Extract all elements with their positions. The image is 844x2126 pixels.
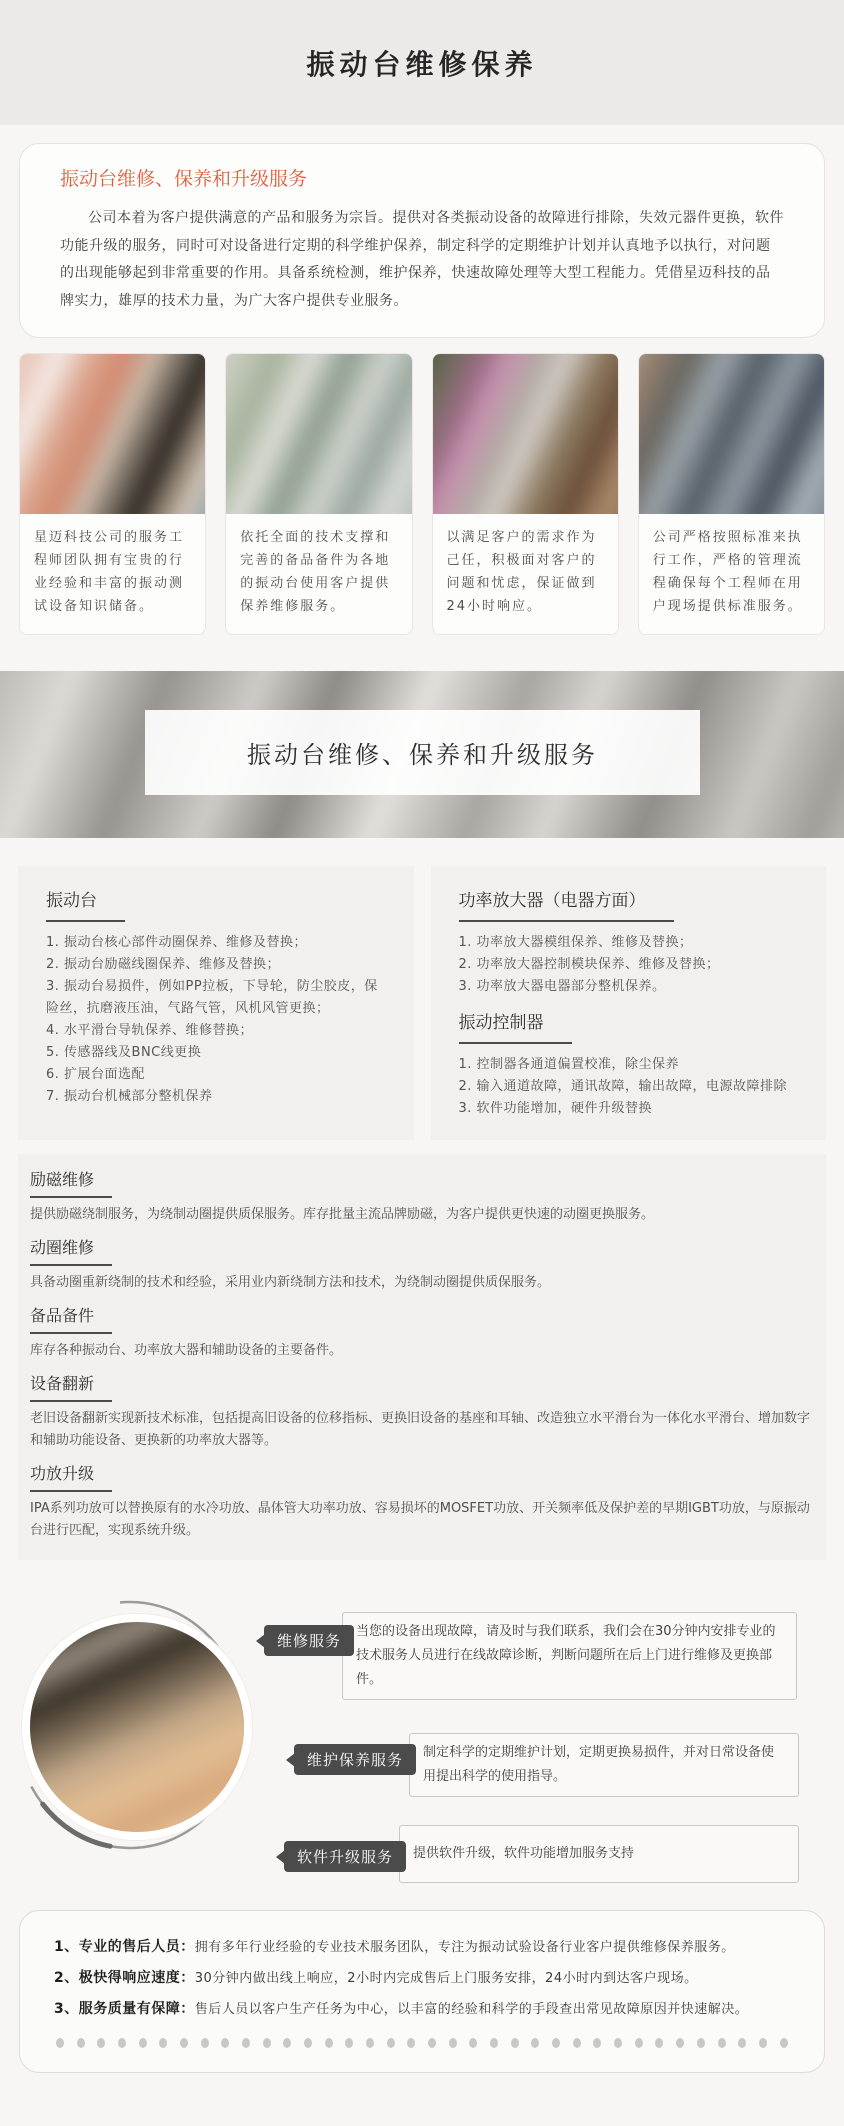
section-excitation-repair: 励磁维修 提供励磁绕制服务，为绕制动圈提供质保服务。库存批量主流品牌励磁，为客户… [30, 1170, 814, 1226]
list-item: 7. 振动台机械部分整机保养 [46, 1086, 386, 1108]
after-sales-label: 1、专业的售后人员： [54, 1939, 195, 1955]
section-banner: 振动台维修、保养和升级服务 [0, 671, 844, 838]
after-sales-card: 1、专业的售后人员：拥有多年行业经验的专业技术服务团队，专注为振动试验设备行业客… [19, 1910, 825, 2073]
amplifier-heading: 功率放大器（电器方面） [459, 890, 674, 922]
after-sales-text: 售后人员以客户生产任务为中心，以丰富的经验和科学的手段查出常见故障原因并快速解决… [195, 2002, 749, 2017]
section-body: 老旧设备翻新实现新技术标准，包括提高旧设备的位移指标、更换旧设备的基座和耳轴、改… [30, 1408, 814, 1452]
dot-decoration [573, 2038, 581, 2048]
dot-decoration [593, 2038, 601, 2048]
dot-decoration [139, 2038, 147, 2048]
page-header: 振动台维修保养 [0, 0, 844, 125]
customer-response-photo [433, 354, 618, 514]
controller-block: 振动控制器 1. 控制器各通道偏置校准，除尘保养 2. 输入通道故障，通讯故障，… [459, 1012, 799, 1120]
page-title: 振动台维修保养 [306, 43, 537, 83]
section-heading: 功放升级 [30, 1464, 112, 1492]
repair-service-tag: 维修服务 [264, 1625, 354, 1656]
shaker-list: 1. 振动台核心部件动圈保养、维修及替换； 2. 振动台励磁线圈保养、维修及替换… [46, 932, 386, 1108]
amplifier-list: 1. 功率放大器模组保养、维修及替换； 2. 功率放大器控制模块保养、维修及替换… [459, 932, 799, 998]
shaker-heading: 振动台 [46, 890, 125, 922]
dot-decoration [738, 2038, 746, 2048]
dot-decoration [469, 2038, 477, 2048]
list-item: 3. 振动台易损件，例如PP拉板，下导轮，防尘胶皮，保险丝，抗磨液压油，气路气管… [46, 976, 386, 1020]
dot-decoration [697, 2038, 705, 2048]
section-spare-parts: 备品备件 库存各种振动台、功率放大器和辅助设备的主要备件。 [30, 1306, 814, 1362]
dot-decoration [345, 2038, 353, 2048]
section-amplifier-upgrade: 功放升级 IPA系列功放可以替换原有的水冷功放、晶体管大功率功放、容易损坏的MO… [30, 1464, 814, 1542]
list-item: 2. 振动台励磁线圈保养、维修及替换； [46, 954, 386, 976]
after-sales-text: 拥有多年行业经验的专业技术服务团队，专注为振动试验设备行业客户提供维修保养服务。 [195, 1940, 735, 1955]
after-sales-label: 2、极快得响应速度： [54, 1970, 195, 1986]
dot-decoration [387, 2038, 395, 2048]
dot-decoration [759, 2038, 767, 2048]
dot-decoration [159, 2038, 167, 2048]
software-upgrade-service-description: 提供软件升级，软件功能增加服务支持 [399, 1825, 799, 1883]
list-item: 1. 振动台核心部件动圈保养、维修及替换； [46, 932, 386, 954]
feature-caption: 公司严格按照标准来执行工作，严格的管理流程确保每个工程师在用户现场提供标准服务。 [639, 514, 824, 634]
dot-decoration [531, 2038, 539, 2048]
intro-body: 公司本着为客户提供满意的产品和服务为宗旨。提供对各类振动设备的故障进行排除，失效… [60, 205, 784, 315]
dot-decoration [242, 2038, 250, 2048]
dot-decoration [325, 2038, 333, 2048]
section-heading: 备品备件 [30, 1306, 112, 1334]
section-body: 库存各种振动台、功率放大器和辅助设备的主要备件。 [30, 1340, 814, 1362]
after-sales-row: 2、极快得响应速度：30分钟内做出线上响应，2小时内完成售后上门服务安排，24小… [54, 1968, 790, 1989]
controller-heading: 振动控制器 [459, 1012, 572, 1044]
column-amplifier-controller: 功率放大器（电器方面） 1. 功率放大器模组保养、维修及替换； 2. 功率放大器… [431, 866, 827, 1140]
section-equipment-refurbish: 设备翻新 老旧设备翻新实现新技术标准，包括提高旧设备的位移指标、更换旧设备的基座… [30, 1374, 814, 1452]
dot-decoration [304, 2038, 312, 2048]
section-heading: 动圈维修 [30, 1238, 112, 1266]
intro-heading: 振动台维修、保养和升级服务 [60, 166, 784, 193]
after-sales-row: 1、专业的售后人员：拥有多年行业经验的专业技术服务团队，专注为振动试验设备行业客… [54, 1937, 790, 1958]
detail-sections: 励磁维修 提供励磁绕制服务，为绕制动圈提供质保服务。库存批量主流品牌励磁，为客户… [18, 1154, 826, 1560]
repair-service-description: 当您的设备出现故障，请及时与我们联系，我们会在30分钟内安排专业的技术服务人员进… [342, 1612, 797, 1700]
list-item: 3. 功率放大器电器部分整机保养。 [459, 976, 799, 998]
section-heading: 励磁维修 [30, 1170, 112, 1198]
section-body: 具备动圈重新绕制的技术和经验，采用业内新绕制方法和技术，为绕制动圈提供质保服务。 [30, 1272, 814, 1294]
dot-decoration [263, 2038, 271, 2048]
dot-decoration [180, 2038, 188, 2048]
dot-decoration [77, 2038, 85, 2048]
list-item: 2. 输入通道故障，通讯故障，输出故障，电源故障排除 [459, 1076, 799, 1098]
after-sales-label: 3、服务质量有保障： [54, 2001, 195, 2017]
list-item: 3. 软件功能增加，硬件升级替换 [459, 1098, 799, 1120]
list-item: 1. 控制器各通道偏置校准，除尘保养 [459, 1054, 799, 1076]
intro-card: 振动台维修、保养和升级服务 公司本着为客户提供满意的产品和服务为宗旨。提供对各类… [19, 143, 825, 338]
feature-card-row: 星迈科技公司的服务工程师团队拥有宝贵的行业经验和丰富的振动测试设备知识储备。 依… [19, 353, 825, 635]
spare-parts-photo [226, 354, 411, 514]
dot-decoration [221, 2038, 229, 2048]
section-body: IPA系列功放可以替换原有的水冷功放、晶体管大功率功放、容易损坏的MOSFET功… [30, 1498, 814, 1542]
customer-response-photo-image [433, 354, 618, 514]
service-columns: 振动台 1. 振动台核心部件动圈保养、维修及替换； 2. 振动台励磁线圈保养、维… [18, 866, 826, 1140]
dot-decoration [407, 2038, 415, 2048]
after-sales-row: 3、服务质量有保障：售后人员以客户生产任务为中心，以丰富的经验和科学的手段查出常… [54, 1999, 790, 2020]
dot-decoration [366, 2038, 374, 2048]
dot-decoration [201, 2038, 209, 2048]
service-team-photo-image [20, 354, 205, 514]
feature-card-standard: 公司严格按照标准来执行工作，严格的管理流程确保每个工程师在用户现场提供标准服务。 [638, 353, 825, 635]
dot-decoration [780, 2038, 788, 2048]
dot-decoration [511, 2038, 519, 2048]
feature-card-response: 以满足客户的需求作为己任，积极面对客户的问题和忧虑，保证做到24小时响应。 [432, 353, 619, 635]
dot-decoration [635, 2038, 643, 2048]
dot-decoration [614, 2038, 622, 2048]
controller-list: 1. 控制器各通道偏置校准，除尘保养 2. 输入通道故障，通讯故障，输出故障，电… [459, 1054, 799, 1120]
list-item: 4. 水平滑台导轨保养、维修替换； [46, 1020, 386, 1042]
spare-parts-photo-image [226, 354, 411, 514]
list-item: 1. 功率放大器模组保养、维修及替换； [459, 932, 799, 954]
section-heading: 设备翻新 [30, 1374, 112, 1402]
dot-decoration [490, 2038, 498, 2048]
feature-caption: 依托全面的技术支撑和完善的备品备件为各地的振动台使用客户提供保养维修服务。 [226, 514, 411, 634]
list-item: 6. 扩展台面选配 [46, 1064, 386, 1086]
dot-decoration [552, 2038, 560, 2048]
section-body: 提供励磁绕制服务，为绕制动圈提供质保服务。库存批量主流品牌励磁，为客户提供更快速… [30, 1204, 814, 1226]
list-item: 2. 功率放大器控制模块保养、维修及替换； [459, 954, 799, 976]
banner-title-box: 振动台维修、保养和升级服务 [145, 710, 700, 795]
banner-title: 振动台维修、保养和升级服务 [247, 735, 598, 770]
dot-decoration [655, 2038, 663, 2048]
feature-card-parts: 依托全面的技术支撑和完善的备品备件为各地的振动台使用客户提供保养维修服务。 [225, 353, 412, 635]
dots-row [56, 2038, 788, 2048]
maintenance-service-description: 制定科学的定期维护计划，定期更换易损件，并对日常设备使用提出科学的使用指导。 [409, 1733, 799, 1797]
feature-card-team: 星迈科技公司的服务工程师团队拥有宝贵的行业经验和丰富的振动测试设备知识储备。 [19, 353, 206, 635]
dot-decoration [428, 2038, 436, 2048]
standard-workflow-photo [639, 354, 824, 514]
dot-decoration [283, 2038, 291, 2048]
services-diagram: 维修服务 当您的设备出现故障，请及时与我们联系，我们会在30分钟内安排专业的技术… [0, 1586, 844, 1886]
workshop-circle-photo-image [22, 1614, 252, 1840]
list-item: 5. 传感器线及BNC线更换 [46, 1042, 386, 1064]
standard-workflow-photo-image [639, 354, 824, 514]
section-coil-repair: 动圈维修 具备动圈重新绕制的技术和经验，采用业内新绕制方法和技术，为绕制动圈提供… [30, 1238, 814, 1294]
workshop-circle-photo [22, 1614, 252, 1840]
service-team-photo [20, 354, 205, 514]
dot-decoration [97, 2038, 105, 2048]
dot-decoration [449, 2038, 457, 2048]
dot-decoration [118, 2038, 126, 2048]
software-upgrade-service-tag: 软件升级服务 [284, 1841, 406, 1872]
dot-decoration [676, 2038, 684, 2048]
dot-decoration [56, 2038, 64, 2048]
column-shaker: 振动台 1. 振动台核心部件动圈保养、维修及替换； 2. 振动台励磁线圈保养、维… [18, 866, 414, 1140]
feature-caption: 以满足客户的需求作为己任，积极面对客户的问题和忧虑，保证做到24小时响应。 [433, 514, 618, 634]
maintenance-service-tag: 维护保养服务 [294, 1744, 416, 1775]
dot-decoration [718, 2038, 726, 2048]
feature-caption: 星迈科技公司的服务工程师团队拥有宝贵的行业经验和丰富的振动测试设备知识储备。 [20, 514, 205, 634]
after-sales-text: 30分钟内做出线上响应，2小时内完成售后上门服务安排，24小时内到达客户现场。 [195, 1971, 698, 1986]
